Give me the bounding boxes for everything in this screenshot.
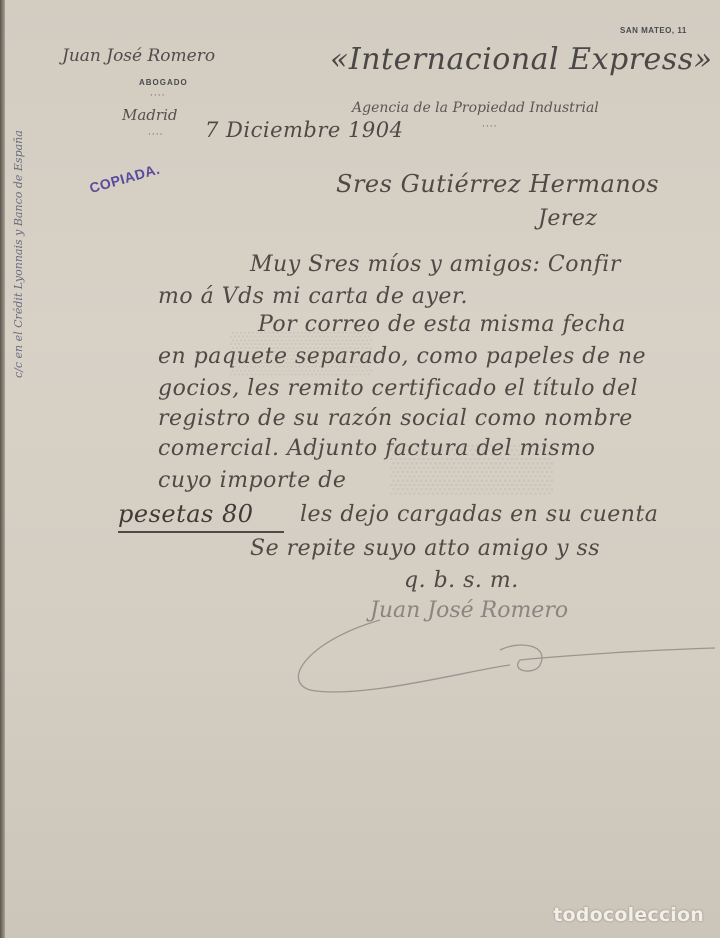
separator-dots: ···· (482, 122, 497, 132)
separator-dots: ···· (150, 91, 165, 101)
closing-line: Se repite suyo atto amigo y ss (250, 536, 600, 561)
city: Madrid (122, 106, 177, 124)
closing-abbrev: q. b. s. m. (404, 568, 519, 593)
recipient-city: Jerez (538, 206, 597, 231)
amount-rest: les dejo cargadas en su cuenta (300, 502, 658, 527)
address: SAN MATEO, 11 (620, 26, 687, 35)
body-line: Muy Sres míos y amigos: Confir (250, 252, 621, 277)
sender-title: ABOGADO (139, 78, 188, 87)
body-line: Por correo de esta misma fecha (258, 312, 626, 337)
body-line: en paquete separado, como papeles de ne (158, 344, 646, 369)
letter-date: 7 Diciembre 1904 (205, 118, 403, 142)
body-line: gocios, les remito certificado el título… (158, 376, 638, 401)
body-line: mo á Vds mi carta de ayer. (158, 284, 468, 309)
letter-page: ▒▒▒▒▒ ▒▒▒▒▒ Juan José Romero ABOGADO ···… (0, 0, 720, 938)
todocoleccion-watermark: todocoleccion (553, 904, 704, 926)
signature-flourish-icon (270, 610, 720, 700)
paper-edge-shadow (0, 0, 5, 938)
margin-note: c/c en el Crédit Lyonnais y Banco de Esp… (12, 130, 25, 378)
amount-label: pesetas 80 (118, 500, 254, 528)
body-line: comercial. Adjunto factura del mismo (158, 436, 595, 461)
company-subtitle: Agencia de la Propiedad Industrial (352, 100, 599, 116)
amount-underline (118, 531, 284, 533)
sender-name: Juan José Romero (62, 46, 215, 66)
separator-dots: ···· (148, 130, 163, 140)
body-line: cuyo importe de (158, 468, 346, 493)
company-name: «Internacional Express» (330, 42, 712, 77)
copiada-stamp: COPIADA. (88, 161, 162, 196)
recipient-name: Sres Gutiérrez Hermanos (336, 170, 659, 198)
body-line: registro de su razón social como nombre (158, 406, 633, 431)
